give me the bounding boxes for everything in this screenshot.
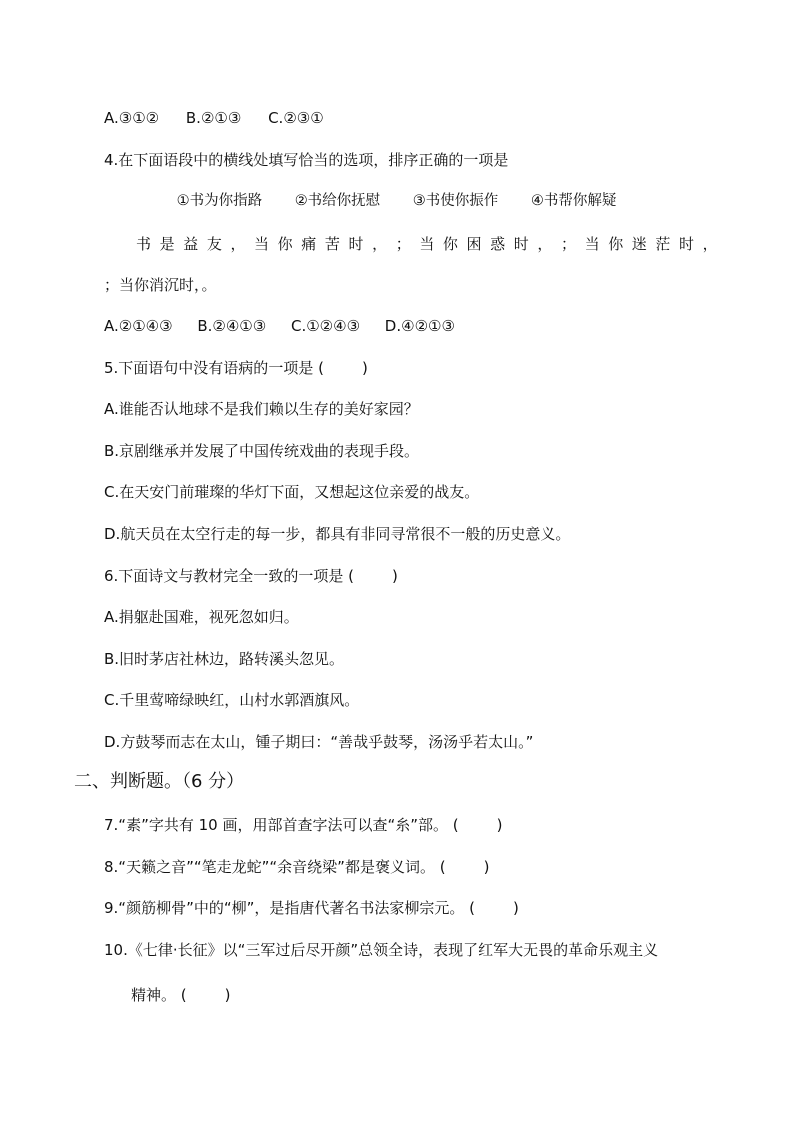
q3-option-a: A.③①②: [104, 109, 159, 127]
q9-close-paren: ): [513, 899, 519, 917]
q5-option-b: B.京剧继承并发展了中国传统戏曲的表现手段。: [104, 441, 419, 461]
passage-char: ，: [372, 234, 387, 254]
q6-option-d: D.方鼓琴而志在太山，锺子期曰：“善哉乎鼓琴，汤汤乎若太山。”: [104, 732, 533, 752]
q6-stem: 6.下面诗文与教材完全一致的一项是 (): [104, 566, 398, 586]
passage-char: 益: [183, 234, 198, 254]
q3-option-b: B.②①③: [186, 109, 241, 127]
q6-close-paren: ): [392, 567, 398, 585]
q4-option-c: C.①②④③: [291, 317, 360, 335]
passage-char: 时: [514, 234, 529, 254]
passage-char: 惑: [490, 234, 505, 254]
q5-close-paren: ): [362, 359, 368, 377]
q4-option-a: A.②①④③: [104, 317, 173, 335]
passage-char: 友: [207, 234, 222, 254]
q7-text: 7.“素”字共有 10 画，用部首查字法可以查“糸”部。 (: [104, 816, 459, 834]
q9: 9.“颜筋柳骨”中的“柳”，是指唐代著名书法家柳宗元。 (): [104, 898, 519, 918]
q10-text: 10.《七律·长征》以“三军过后尽开颜”总领全诗，表现了红军大无畏的革命乐观主义: [104, 940, 658, 960]
q10-close-paren: ): [225, 986, 231, 1004]
passage-char: 时: [679, 234, 694, 254]
passage-char: 迷: [632, 234, 647, 254]
passage-char: 当: [254, 234, 269, 254]
passage-char: ，: [703, 234, 718, 254]
q7-close-paren: ): [497, 816, 503, 834]
q5-stem: 5.下面语句中没有语病的一项是 (): [104, 358, 368, 378]
q8-close-paren: ): [484, 858, 490, 876]
section-heading-judgment: 二、判断题。（6 分）: [74, 770, 244, 794]
q8-text: 8.“天籁之音”“笔走龙蛇”“余音绕梁”都是褒义词。 (: [104, 858, 446, 876]
q6-stem-text: 6.下面诗文与教材完全一致的一项是 (: [104, 567, 354, 585]
q4-choice-1: ①书为你指路: [177, 193, 263, 209]
passage-char: 书: [136, 234, 151, 254]
passage-char: 当: [419, 234, 434, 254]
passage-char: 是: [160, 234, 175, 254]
passage-char: ，: [537, 234, 552, 254]
q4-option-b: B.②④①③: [197, 317, 266, 335]
q10-continuation: 精神。 (): [131, 985, 230, 1005]
passage-char: 你: [608, 234, 623, 254]
q4-choices: ①书为你指路 ②书给你抚慰 ③书使你振作 ④书帮你解疑: [0, 191, 793, 211]
passage-char: 你: [278, 234, 293, 254]
q5-stem-text: 5.下面语句中没有语病的一项是 (: [104, 359, 324, 377]
q4-choice-4: ④书帮你解疑: [531, 193, 617, 209]
q3-option-c: C.②③①: [268, 109, 324, 127]
passage-char: ，: [230, 234, 245, 254]
q5-option-d: D.航天员在太空行走的每一步，都具有非同寻常很不一般的历史意义。: [104, 524, 570, 544]
passage-char: ；: [396, 234, 411, 254]
q4-passage-line1: 书 是 益 友 ， 当 你 痛 苦 时 ， ； 当 你 困 惑 时 ， ； 当 …: [136, 234, 718, 254]
passage-char: 困: [467, 234, 482, 254]
q4-stem: 4.在下面语段中的横线处填写恰当的选项，排序正确的一项是: [104, 150, 508, 170]
q6-option-b: B.旧时茅店社林边，路转溪头忽见。: [104, 649, 344, 669]
q5-option-a: A.谁能否认地球不是我们赖以生存的美好家园？: [104, 399, 419, 419]
q10-cont-text: 精神。 (: [131, 986, 187, 1004]
q5-option-c: C.在天安门前璀璨的华灯下面，又想起这位亲爱的战友。: [104, 482, 479, 502]
q4-option-d: D.④②①③: [385, 317, 455, 335]
q4-choice-2: ②书给你抚慰: [295, 193, 381, 209]
q4-passage-line2: ；当你消沉时，。: [104, 275, 217, 295]
passage-char: 茫: [655, 234, 670, 254]
passage-char: 苦: [325, 234, 340, 254]
q6-option-c: C.千里莺啼绿映红，山村水郭酒旗风。: [104, 690, 359, 710]
q4-options: A.②①④③ B.②④①③ C.①②④③ D.④②①③: [104, 316, 475, 336]
passage-char: 当: [585, 234, 600, 254]
passage-char: ；: [561, 234, 576, 254]
q3-options: A.③①② B.②①③ C.②③①: [104, 108, 346, 128]
q7: 7.“素”字共有 10 画，用部首查字法可以查“糸”部。 (): [104, 815, 503, 835]
passage-char: 痛: [301, 234, 316, 254]
q4-choice-3: ③书使你振作: [413, 193, 499, 209]
passage-char: 时: [348, 234, 363, 254]
passage-char: 你: [443, 234, 458, 254]
q9-text: 9.“颜筋柳骨”中的“柳”，是指唐代著名书法家柳宗元。 (: [104, 899, 475, 917]
q8: 8.“天籁之音”“笔走龙蛇”“余音绕梁”都是褒义词。 (): [104, 857, 489, 877]
q6-option-a: A.捐躯赴国难，视死忽如归。: [104, 607, 299, 627]
